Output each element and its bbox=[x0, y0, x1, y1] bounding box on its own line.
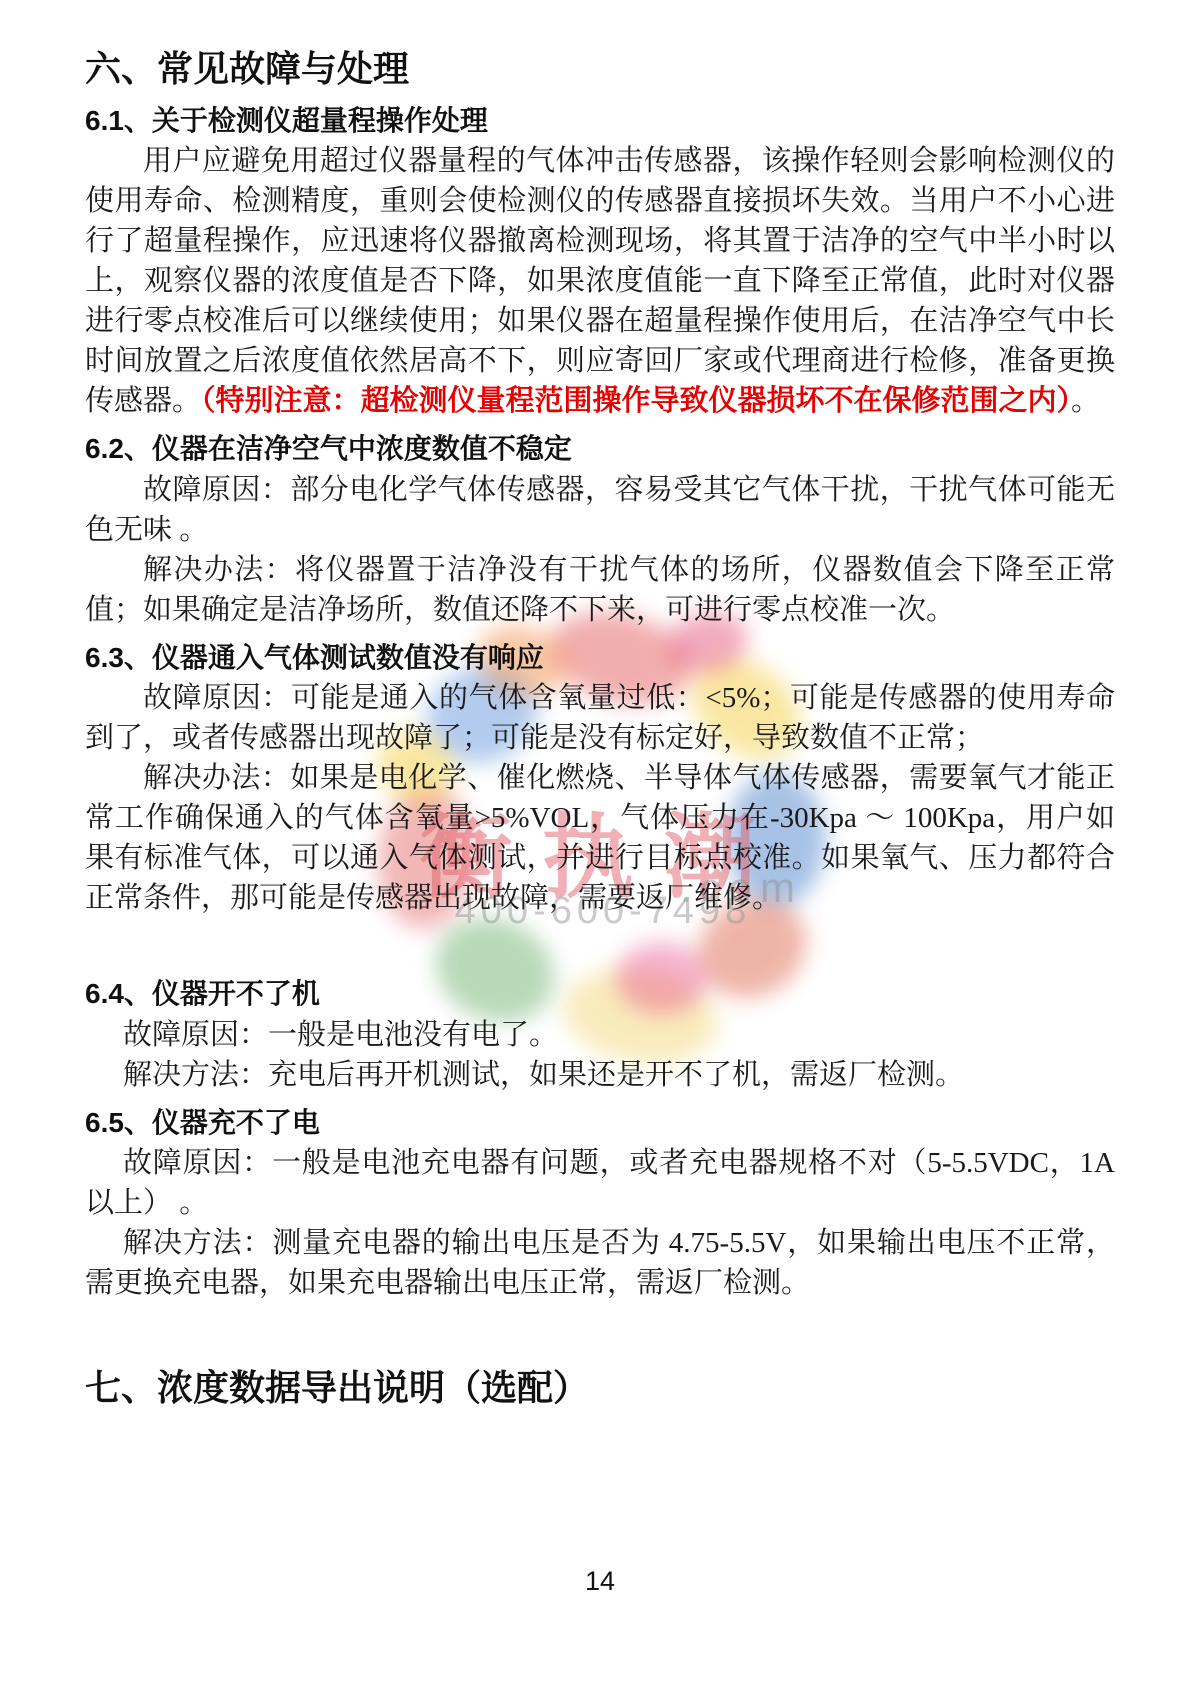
section-6-2-solution-paragraph: 解决办法：将仪器置于洁净没有干扰气体的场所，仪器数值会下降至正常值；如果确定是洁… bbox=[85, 550, 1115, 630]
section-7-heading: 七、浓度数据导出说明（选配） bbox=[85, 1365, 1115, 1410]
section-6-3-cause-paragraph: 故障原因：可能是通入的气体含氧量过低：<5%；可能是传感器的使用寿命到了，或者传… bbox=[85, 678, 1115, 758]
page-number: 14 bbox=[0, 1566, 1200, 1597]
section-6-3-solution-paragraph: 解决办法：如果是电化学、催化燃烧、半导体气体传感器，需要氧气才能正常工作确保通入… bbox=[85, 758, 1115, 918]
section-6-4-cause-paragraph: 故障原因：一般是电池没有电了。 bbox=[85, 1015, 1115, 1055]
section-6-5-cause-paragraph: 故障原因：一般是电池充电器有问题，或者充电器规格不对（5-5.5VDC，1A 以… bbox=[85, 1143, 1115, 1223]
section-6-4-solution-paragraph: 解决方法：充电后再开机测试，如果还是开不了机，需返厂检测。 bbox=[85, 1055, 1115, 1095]
manual-page-content: 六、常见故障与处理 6.1、关于检测仪超量程操作处理 用户应避免用超过仪器量程的… bbox=[0, 0, 1200, 1707]
section-6-4-heading: 6.4、仪器开不了机 bbox=[85, 976, 1115, 1012]
section-6-1-heading: 6.1、关于检测仪超量程操作处理 bbox=[85, 103, 1115, 139]
section-6-5-solution-paragraph: 解决方法：测量充电器的输出电压是否为 4.75-5.5V，如果输出电压不正常，需… bbox=[85, 1223, 1115, 1303]
section-6-2-heading: 6.2、仪器在洁净空气中浓度数值不稳定 bbox=[85, 431, 1115, 467]
section-6-1-text: 用户应避免用超过仪器量程的气体冲击传感器，该操作轻则会影响检测仪的使用寿命、检测… bbox=[85, 145, 1115, 417]
section-6-heading: 六、常见故障与处理 bbox=[85, 46, 1115, 91]
section-6-1-warning-red-text: （特别注意：超检测仪量程范围操作导致仪器损坏不在保修范围之内） bbox=[201, 385, 1071, 417]
section-6-1-paragraph: 用户应避免用超过仪器量程的气体冲击传感器，该操作轻则会影响检测仪的使用寿命、检测… bbox=[85, 141, 1115, 421]
section-6-1-period: 。 bbox=[1071, 385, 1100, 417]
section-6-5-heading: 6.5、仪器充不了电 bbox=[85, 1105, 1115, 1141]
section-6-3-heading: 6.3、仪器通入气体测试数值没有响应 bbox=[85, 640, 1115, 676]
section-6-2-cause-paragraph: 故障原因：部分电化学气体传感器，容易受其它气体干扰，干扰气体可能无色无味 。 bbox=[85, 470, 1115, 550]
